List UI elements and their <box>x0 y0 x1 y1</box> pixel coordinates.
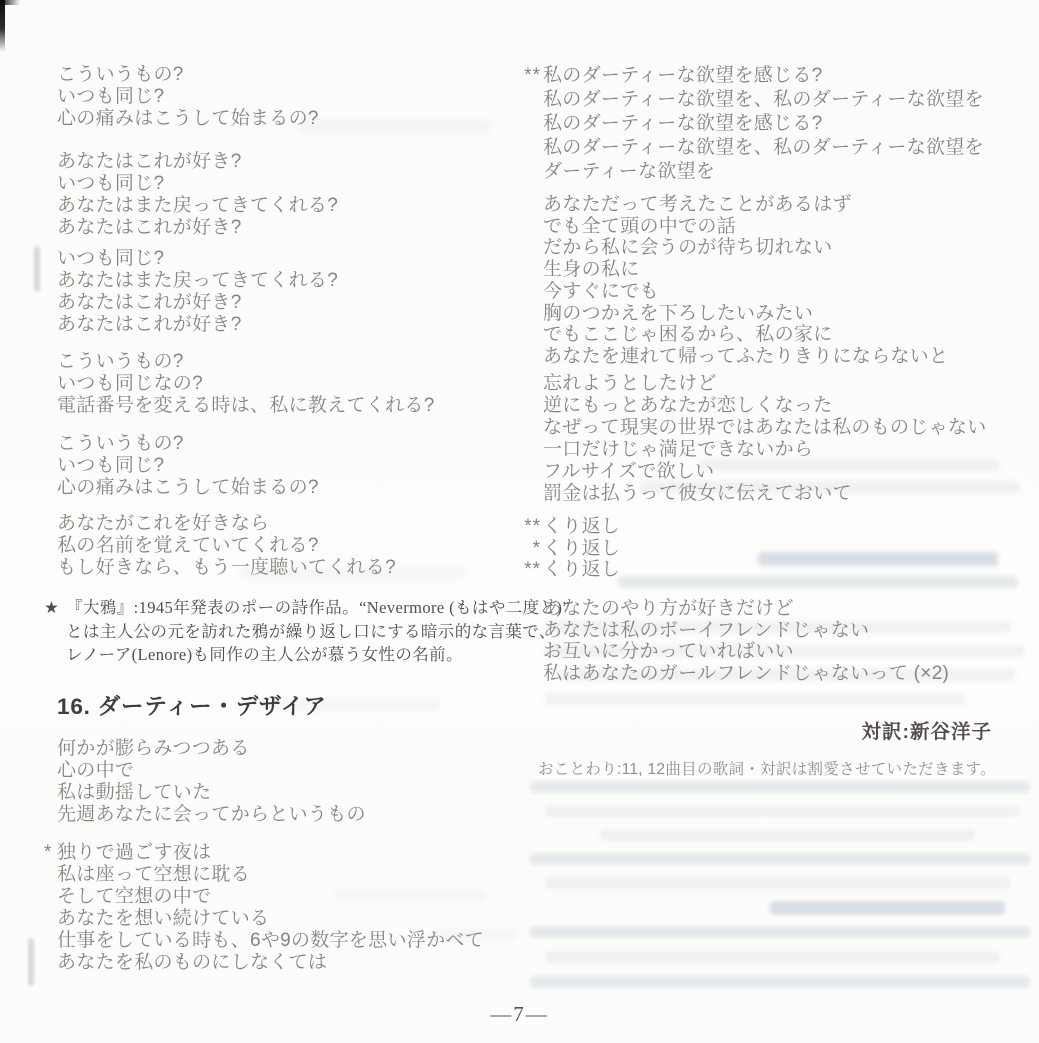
track-title: 16. ダーティー・デザイア <box>57 689 327 721</box>
lyric-line: 私は動揺していた <box>57 782 366 804</box>
lyric-line: 電話番号を変える時は、私に教えてくれる? <box>57 395 435 417</box>
repeat-label: くり返し <box>543 538 620 559</box>
repeat-line: **くり返し <box>516 516 620 538</box>
translator-credit: 対訳:新谷洋子 <box>862 716 993 744</box>
lyric-line: でも全て頭の中での話 <box>543 216 948 238</box>
lyric-line: フルサイズで欲しい <box>543 461 987 483</box>
lyric-line: あなたはまた戻ってきてくれる? <box>57 270 338 292</box>
scan-edge-artifact <box>0 0 5 52</box>
lyric-text: 独りで過ごす夜は <box>57 842 211 863</box>
scan-smudge-artifact <box>34 246 40 292</box>
lyric-stanza: *独りで過ごす夜は 私は座って空想に耽る そして空想の中で あなたを想い続けてい… <box>44 842 484 974</box>
lyric-line: もし好きなら、もう一度聴いてくれる? <box>57 557 396 579</box>
asterisk-marker: * <box>44 842 57 864</box>
lyric-line: あなたはこれが好き? <box>57 151 338 173</box>
asterisk-marker: ** <box>516 516 543 538</box>
footnote-line: とは主人公の元を訪れた鴉が繰り返し口にする暗示的な言葉で、 <box>44 620 570 644</box>
lyric-line: あなたのやり方が好きだけど <box>543 598 949 620</box>
lyric-line: お互いに分かっていればいい <box>543 641 949 663</box>
repeat-label: くり返し <box>543 559 620 580</box>
lyric-line: 私は座って空想に耽る <box>44 864 484 886</box>
lyric-line: あなたがこれを好きなら <box>57 513 396 535</box>
lyric-line: いつも同じ? <box>57 248 338 270</box>
lyric-stanza: いつも同じ? あなたはまた戻ってきてくれる? あなたはこれが好き? あなたはこれ… <box>57 248 338 336</box>
bleed-through-artifact <box>545 951 1000 963</box>
star-marker: ★ <box>44 596 66 620</box>
lyric-line: 私の名前を覚えていてくれる? <box>57 535 396 557</box>
repeat-block: **くり返し *くり返し **くり返し <box>516 516 620 581</box>
footnote-text: 『大鴉』:1945年発表のポーの詩作品。“Nevermore (もはや二度と)” <box>66 598 570 617</box>
lyric-line: 逆にもっとあなたが恋しくなった <box>543 395 987 417</box>
scan-edge-artifact <box>0 0 20 5</box>
bleed-through-artifact <box>530 976 1030 988</box>
lyric-line: でもここじゃ困るから、私の家に <box>543 324 948 346</box>
lyric-line: 心の痛みはこうして始まるの? <box>57 477 319 499</box>
lyric-line: いつも同じなの? <box>57 373 435 395</box>
lyric-stanza: **私のダーティーな欲望を感じる? 私のダーティーな欲望を、私のダーティーな欲望… <box>516 64 984 184</box>
bleed-through-artifact <box>545 877 1010 889</box>
lyric-line: **私のダーティーな欲望を感じる? <box>516 64 984 88</box>
lyric-line: こういうもの? <box>57 351 435 373</box>
lyric-line: こういうもの? <box>57 64 319 86</box>
lyric-line: そして空想の中で <box>44 886 484 908</box>
lyric-line: なぜって現実の世界ではあなたは私のものじゃない <box>543 417 987 439</box>
bleed-through-artifact <box>300 120 490 132</box>
asterisk-marker: * <box>516 538 543 560</box>
lyric-line: いつも同じ? <box>57 173 338 195</box>
bleed-through-artifact <box>545 805 1020 817</box>
lyric-line: 私はあなたのガールフレンドじゃないって (×2) <box>543 663 949 685</box>
footnote-line: ★『大鴉』:1945年発表のポーの詩作品。“Nevermore (もはや二度と)… <box>44 596 570 620</box>
lyric-line: あなたを想い続けている <box>44 908 484 930</box>
lyric-line: あなたはこれが好き? <box>57 314 338 336</box>
lyric-stanza: あなただって考えたことがあるはず でも全て頭の中での話 だから私に会うのが待ち切… <box>543 194 948 368</box>
bleed-through-artifact <box>758 552 998 566</box>
lyric-line: あなたを連れて帰ってふたりきりにならないと <box>543 346 948 368</box>
bleed-through-artifact <box>530 853 1030 865</box>
bleed-through-artifact <box>770 901 1005 915</box>
bleed-through-artifact <box>618 576 1018 588</box>
lyric-stanza: あなたはこれが好き? いつも同じ? あなたはまた戻ってきてくれる? あなたはこれ… <box>57 151 338 239</box>
bleed-through-artifact <box>600 829 975 841</box>
lyric-line: 生身の私に <box>543 259 948 281</box>
lyric-stanza: こういうもの? いつも同じなの? 電話番号を変える時は、私に教えてくれる? <box>57 351 435 417</box>
lyric-line: あなただって考えたことがあるはず <box>543 194 948 216</box>
bleed-through-artifact <box>530 926 1030 938</box>
footnote-raven: ★『大鴉』:1945年発表のポーの詩作品。“Nevermore (もはや二度と)… <box>44 596 570 667</box>
lyric-line: 何かが膨らみつつある <box>57 738 366 760</box>
lyric-line: 仕事をしている時も、6や9の数字を思い浮かべて <box>44 930 484 952</box>
lyric-line: 私のダーティーな欲望を、私のダーティーな欲望を <box>516 136 984 160</box>
omission-notice: おことわり:11, 12曲目の歌詞・対訳は割愛させていただきます。 <box>538 757 996 779</box>
repeat-line: *くり返し <box>516 538 620 560</box>
bleed-through-artifact <box>545 693 965 705</box>
lyric-line: 私のダーティーな欲望を、私のダーティーな欲望を <box>516 88 984 112</box>
lyric-line: 今すぐにでも <box>543 281 948 303</box>
lyric-line: 私のダーティーな欲望を感じる? <box>516 112 984 136</box>
lyric-line: こういうもの? <box>57 433 319 455</box>
lyric-line: 心の痛みはこうして始まるの? <box>57 108 319 130</box>
lyric-stanza: 忘れようとしたけど 逆にもっとあなたが恋しくなった なぜって現実の世界ではあなた… <box>543 373 987 505</box>
lyric-line: ダーティーな欲望を <box>516 160 984 184</box>
lyric-stanza: 何かが膨らみつつある 心の中で 私は動揺していた 先週あなたに会ってからというも… <box>57 738 366 826</box>
lyric-line: *独りで過ごす夜は <box>44 842 484 864</box>
repeat-line: **くり返し <box>516 559 620 581</box>
lyric-line: 胸のつかえを下ろしたいみたい <box>543 303 948 325</box>
lyric-line: いつも同じ? <box>57 86 319 108</box>
lyric-line: あなたはこれが好き? <box>57 217 338 239</box>
scan-smudge-artifact <box>28 938 34 986</box>
lyric-line: 忘れようとしたけど <box>543 373 987 395</box>
lyric-line: あなたは私のボーイフレンドじゃない <box>543 620 949 642</box>
lyric-line: 罰金は払うって彼女に伝えておいて <box>543 483 987 505</box>
lyric-line: あなたはこれが好き? <box>57 292 338 314</box>
lyric-stanza: あなたがこれを好きなら 私の名前を覚えていてくれる? もし好きなら、もう一度聴い… <box>57 513 396 579</box>
lyric-stanza: こういうもの? いつも同じ? 心の痛みはこうして始まるの? <box>57 433 319 499</box>
lyric-line: 先週あなたに会ってからというもの <box>57 804 366 826</box>
bleed-through-artifact <box>530 781 1030 793</box>
lyric-line: あなたを私のものにしなくては <box>44 952 484 974</box>
lyric-stanza: こういうもの? いつも同じ? 心の痛みはこうして始まるの? <box>57 64 319 130</box>
lyric-stanza: あなたのやり方が好きだけど あなたは私のボーイフレンドじゃない お互いに分かって… <box>543 598 949 685</box>
lyric-line: あなたはまた戻ってきてくれる? <box>57 195 338 217</box>
lyric-line: 一口だけじゃ満足できないから <box>543 439 987 461</box>
lyric-line: だから私に会うのが待ち切れない <box>543 237 948 259</box>
footnote-line: レノーア(Lenore)も同作の主人公が慕う女性の名前。 <box>44 643 570 667</box>
repeat-label: くり返し <box>543 516 620 537</box>
asterisk-marker: ** <box>516 64 543 88</box>
booklet-page: こういうもの? いつも同じ? 心の痛みはこうして始まるの? あなたはこれが好き?… <box>0 0 1039 1043</box>
asterisk-marker: ** <box>516 559 543 581</box>
page-number: —7— <box>0 1002 1039 1027</box>
lyric-line: 心の中で <box>57 760 366 782</box>
lyric-line: いつも同じ? <box>57 455 319 477</box>
lyric-text: 私のダーティーな欲望を感じる? <box>543 65 823 86</box>
